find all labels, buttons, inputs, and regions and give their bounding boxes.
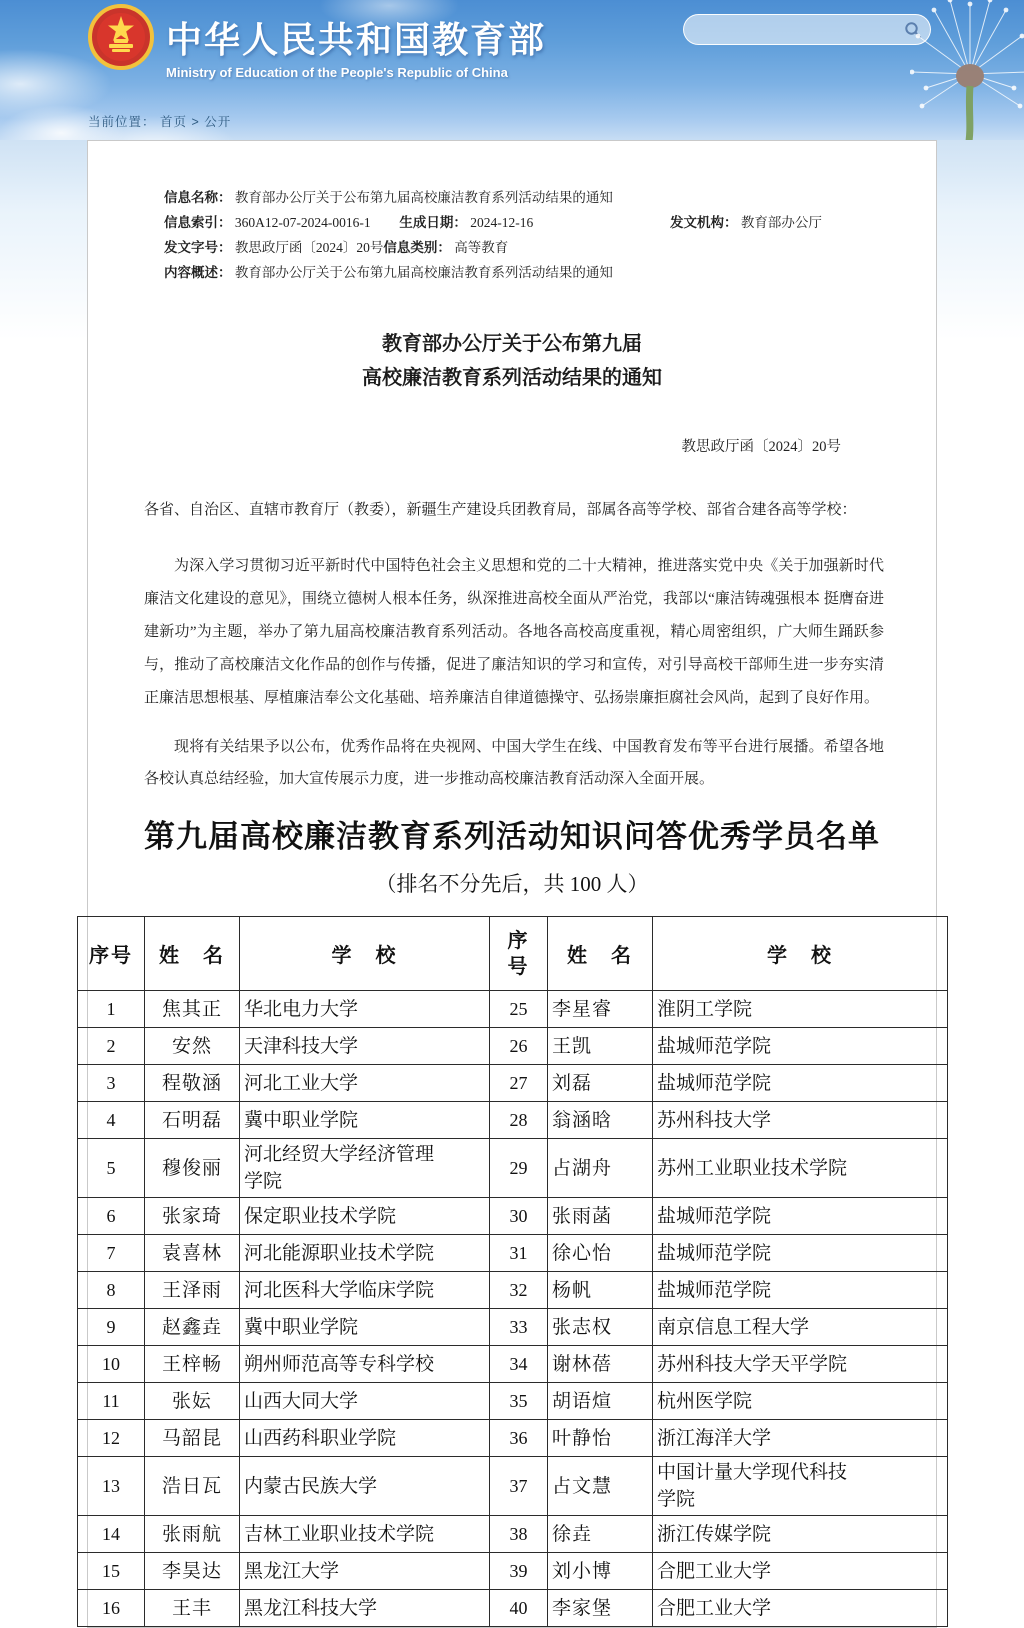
cell-no-right: 35 (490, 1383, 548, 1420)
header-name-left: 姓 名 (145, 917, 240, 991)
roster-title: 第九届高校廉洁教育系列活动知识问答优秀学员名单 (88, 811, 936, 856)
cell-no-left: 14 (78, 1516, 145, 1553)
cell-school-left: 天津科技大学 (240, 1028, 490, 1065)
cell-name-left: 王丰 (145, 1590, 240, 1627)
meta-org-value: 教育部办公厅 (741, 215, 822, 230)
cell-school-right: 盐城师范学院 (653, 1028, 948, 1065)
site-title: 中华人民共和国教育部 (166, 12, 546, 63)
cell-name-left: 穆俊丽 (145, 1139, 240, 1198)
cell-name-right: 刘磊 (548, 1065, 653, 1102)
cell-no-right: 36 (490, 1420, 548, 1457)
cell-school-left: 华北电力大学 (240, 991, 490, 1028)
document-paragraph-1: 为深入学习贯彻习近平新时代中国特色社会主义思想和党的二十大精神，推进落实党中央《… (144, 550, 884, 715)
cell-no-right: 39 (490, 1553, 548, 1590)
cell-name-left: 张妘 (145, 1383, 240, 1420)
document-metadata: 信息名称： 教育部办公厅关于公布第九届高校廉洁教育系列活动结果的通知 信息索引：… (88, 185, 936, 285)
document-title: 教育部办公厅关于公布第九届 高校廉洁教育系列活动结果的通知 (88, 327, 936, 395)
cell-name-left: 王泽雨 (145, 1272, 240, 1309)
cell-no-left: 9 (78, 1309, 145, 1346)
document-title-line2: 高校廉洁教育系列活动结果的通知 (88, 361, 936, 395)
meta-name-label: 信息名称： (164, 190, 232, 205)
cell-school-left: 冀中职业学院 (240, 1102, 490, 1139)
table-row: 12马韶昆山西药科职业学院36叶静怡浙江海洋大学 (78, 1420, 948, 1457)
cell-no-left: 10 (78, 1346, 145, 1383)
table-row: 9赵鑫垚冀中职业学院33张志权南京信息工程大学 (78, 1309, 948, 1346)
cell-name-left: 王梓畅 (145, 1346, 240, 1383)
cell-no-left: 3 (78, 1065, 145, 1102)
search-input[interactable] (684, 22, 904, 38)
table-row: 2安然天津科技大学26王凯盐城师范学院 (78, 1028, 948, 1065)
cell-no-left: 4 (78, 1102, 145, 1139)
cell-name-left: 马韶昆 (145, 1420, 240, 1457)
cell-name-left: 焦其正 (145, 991, 240, 1028)
cell-school-left: 内蒙古民族大学 (240, 1457, 490, 1516)
header-no-right: 序号 (490, 917, 548, 991)
cell-no-right: 27 (490, 1065, 548, 1102)
table-row: 8王泽雨河北医科大学临床学院32杨帆盐城师范学院 (78, 1272, 948, 1309)
table-row: 7袁喜林河北能源职业技术学院31徐心怡盐城师范学院 (78, 1235, 948, 1272)
cell-no-right: 31 (490, 1235, 548, 1272)
site-banner: 中华人民共和国教育部 Ministry of Education of the … (0, 0, 1024, 140)
document-title-line1: 教育部办公厅关于公布第九届 (88, 327, 936, 361)
header-school-left: 学 校 (240, 917, 490, 991)
table-row: 11张妘山西大同大学35胡语煊杭州医学院 (78, 1383, 948, 1420)
cell-name-right: 叶静怡 (548, 1420, 653, 1457)
cell-school-right: 苏州科技大学 (653, 1102, 948, 1139)
cell-no-left: 11 (78, 1383, 145, 1420)
cell-no-left: 5 (78, 1139, 145, 1198)
table-row: 16王丰黑龙江科技大学40李家堡合肥工业大学 (78, 1590, 948, 1627)
header-no-left: 序号 (78, 917, 145, 991)
cell-no-right: 40 (490, 1590, 548, 1627)
cell-no-right: 33 (490, 1309, 548, 1346)
cell-school-left: 冀中职业学院 (240, 1309, 490, 1346)
cell-no-left: 12 (78, 1420, 145, 1457)
cell-name-left: 安然 (145, 1028, 240, 1065)
cell-school-right: 盐城师范学院 (653, 1198, 948, 1235)
cell-name-right: 刘小博 (548, 1553, 653, 1590)
cell-school-left: 朔州师范高等专科学校 (240, 1346, 490, 1383)
cell-no-left: 8 (78, 1272, 145, 1309)
cell-name-left: 赵鑫垚 (145, 1309, 240, 1346)
cell-no-left: 6 (78, 1198, 145, 1235)
cell-school-left: 吉林工业职业技术学院 (240, 1516, 490, 1553)
table-row: 6张家琦保定职业技术学院30张雨菡盐城师范学院 (78, 1198, 948, 1235)
roster-table-body: 1焦其正华北电力大学25李星睿淮阴工学院2安然天津科技大学26王凯盐城师范学院3… (78, 991, 948, 1627)
meta-summary-value: 教育部办公厅关于公布第九届高校廉洁教育系列活动结果的通知 (235, 265, 613, 280)
cell-school-right: 苏州科技大学天平学院 (653, 1346, 948, 1383)
cell-no-left: 1 (78, 991, 145, 1028)
table-row: 1焦其正华北电力大学25李星睿淮阴工学院 (78, 991, 948, 1028)
cell-school-right: 合肥工业大学 (653, 1553, 948, 1590)
table-row: 3程敬涵河北工业大学27刘磊盐城师范学院 (78, 1065, 948, 1102)
cell-name-right: 翁涵晗 (548, 1102, 653, 1139)
roster-table: 序号 姓 名 学 校 序号 姓 名 学 校 1焦其正华北电力大学25李星睿淮阴工… (77, 916, 948, 1627)
breadcrumb-label: 当前位置： (88, 115, 156, 129)
cell-no-right: 32 (490, 1272, 548, 1309)
meta-index-label: 信息索引： (164, 215, 232, 230)
cell-name-left: 浩日瓦 (145, 1457, 240, 1516)
cell-school-left: 山西大同大学 (240, 1383, 490, 1420)
cell-no-right: 28 (490, 1102, 548, 1139)
breadcrumb-section-link[interactable]: 公开 (204, 115, 231, 129)
cell-school-right: 南京信息工程大学 (653, 1309, 948, 1346)
cell-school-right: 盐城师范学院 (653, 1272, 948, 1309)
meta-docno-value: 教思政厅函〔2024〕20号 (235, 240, 384, 255)
page-background: 信息名称： 教育部办公厅关于公布第九届高校廉洁教育系列活动结果的通知 信息索引：… (0, 140, 1024, 1628)
meta-category-label: 信息类别： (383, 240, 451, 255)
cell-no-right: 38 (490, 1516, 548, 1553)
table-row: 14张雨航吉林工业职业技术学院38徐垚浙江传媒学院 (78, 1516, 948, 1553)
cell-school-left: 山西药科职业学院 (240, 1420, 490, 1457)
cell-school-left: 河北工业大学 (240, 1065, 490, 1102)
cell-no-left: 13 (78, 1457, 145, 1516)
table-row: 5穆俊丽河北经贸大学经济管理 学院29占湖舟苏州工业职业技术学院 (78, 1139, 948, 1198)
cell-school-left: 黑龙江科技大学 (240, 1590, 490, 1627)
cell-school-right: 中国计量大学现代科技 学院 (653, 1457, 948, 1516)
cell-name-right: 胡语煊 (548, 1383, 653, 1420)
document-salutation: 各省、自治区、直辖市教育厅（教委），新疆生产建设兵团教育局，部属各高等学校、部省… (144, 494, 884, 526)
cell-school-right: 盐城师范学院 (653, 1235, 948, 1272)
cell-no-left: 15 (78, 1553, 145, 1590)
meta-org-label: 发文机构： (670, 215, 738, 230)
cell-no-right: 30 (490, 1198, 548, 1235)
cell-no-right: 25 (490, 991, 548, 1028)
header-name-right: 姓 名 (548, 917, 653, 991)
cell-name-right: 谢林蓓 (548, 1346, 653, 1383)
meta-docno-label: 发文字号： (164, 240, 232, 255)
cell-no-right: 26 (490, 1028, 548, 1065)
table-row: 15李昊达黑龙江大学39刘小博合肥工业大学 (78, 1553, 948, 1590)
document-panel: 信息名称： 教育部办公厅关于公布第九届高校廉洁教育系列活动结果的通知 信息索引：… (87, 140, 937, 1628)
cell-school-right: 浙江海洋大学 (653, 1420, 948, 1457)
roster-header-row: 序号 姓 名 学 校 序号 姓 名 学 校 (78, 917, 948, 991)
roster-subtitle: （排名不分先后，共 100 人） (88, 868, 936, 898)
cell-name-right: 徐垚 (548, 1516, 653, 1553)
breadcrumb: 当前位置： 首页 > 公开 (88, 112, 231, 130)
cell-school-left: 河北经贸大学经济管理 学院 (240, 1139, 490, 1198)
cell-name-right: 占文慧 (548, 1457, 653, 1516)
cell-name-right: 杨帆 (548, 1272, 653, 1309)
document-paragraph-2: 现将有关结果予以公布，优秀作品将在央视网、中国大学生在线、中国教育发布等平台进行… (144, 731, 884, 795)
cell-name-left: 石明磊 (145, 1102, 240, 1139)
cell-school-right: 苏州工业职业技术学院 (653, 1139, 948, 1198)
cell-name-left: 李昊达 (145, 1553, 240, 1590)
document-body: 各省、自治区、直辖市教育厅（教委），新疆生产建设兵团教育局，部属各高等学校、部省… (88, 494, 936, 795)
cell-no-right: 34 (490, 1346, 548, 1383)
cell-name-right: 占湖舟 (548, 1139, 653, 1198)
cell-school-right: 淮阴工学院 (653, 991, 948, 1028)
search-box[interactable] (683, 14, 931, 45)
cell-no-right: 37 (490, 1457, 548, 1516)
cell-name-right: 李家堡 (548, 1590, 653, 1627)
cell-name-left: 程敬涵 (145, 1065, 240, 1102)
cell-school-right: 盐城师范学院 (653, 1065, 948, 1102)
document-number: 教思政厅函〔2024〕20号 (88, 435, 936, 456)
meta-date-value: 2024-12-16 (470, 215, 533, 230)
breadcrumb-separator: > (192, 115, 200, 129)
cell-school-right: 浙江传媒学院 (653, 1516, 948, 1553)
meta-name-value: 教育部办公厅关于公布第九届高校廉洁教育系列活动结果的通知 (235, 190, 613, 205)
table-row: 4石明磊冀中职业学院28翁涵晗苏州科技大学 (78, 1102, 948, 1139)
cell-school-left: 河北能源职业技术学院 (240, 1235, 490, 1272)
meta-date-label: 生成日期： (399, 215, 467, 230)
meta-category-value: 高等教育 (454, 240, 508, 255)
site-subtitle: Ministry of Education of the People's Re… (166, 65, 546, 80)
table-row: 13浩日瓦内蒙古民族大学37占文慧中国计量大学现代科技 学院 (78, 1457, 948, 1516)
cell-school-left: 保定职业技术学院 (240, 1198, 490, 1235)
table-row: 10王梓畅朔州师范高等专科学校34谢林蓓苏州科技大学天平学院 (78, 1346, 948, 1383)
cell-name-left: 袁喜林 (145, 1235, 240, 1272)
cell-name-right: 徐心怡 (548, 1235, 653, 1272)
header-school-right: 学 校 (653, 917, 948, 991)
cell-name-right: 张雨菡 (548, 1198, 653, 1235)
cell-name-right: 李星睿 (548, 991, 653, 1028)
breadcrumb-home-link[interactable]: 首页 (160, 115, 187, 129)
cell-no-left: 7 (78, 1235, 145, 1272)
cell-school-right: 杭州医学院 (653, 1383, 948, 1420)
cell-no-left: 16 (78, 1590, 145, 1627)
cell-no-right: 29 (490, 1139, 548, 1198)
cell-no-left: 2 (78, 1028, 145, 1065)
cell-name-right: 张志权 (548, 1309, 653, 1346)
cell-name-left: 张家琦 (145, 1198, 240, 1235)
meta-index-value: 360A12-07-2024-0016-1 (235, 215, 371, 230)
cell-school-left: 河北医科大学临床学院 (240, 1272, 490, 1309)
national-emblem-icon (88, 4, 154, 70)
cell-name-left: 张雨航 (145, 1516, 240, 1553)
meta-summary-label: 内容概述： (164, 265, 232, 280)
cell-name-right: 王凯 (548, 1028, 653, 1065)
cell-school-left: 黑龙江大学 (240, 1553, 490, 1590)
dandelion-image (910, 0, 1024, 140)
cell-school-right: 合肥工业大学 (653, 1590, 948, 1627)
